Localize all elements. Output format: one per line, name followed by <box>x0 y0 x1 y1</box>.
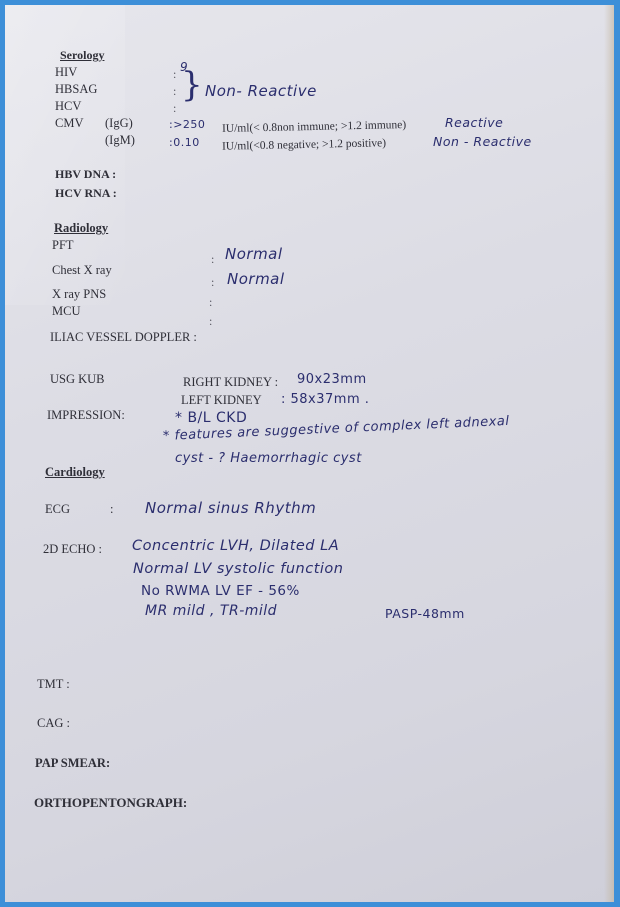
echo-line: No RWMA LV EF - 56% <box>141 583 300 599</box>
serology-heading: Serology <box>60 48 104 63</box>
xray-pns-label: X ray PNS <box>52 287 106 302</box>
iliac-doppler-label: ILIAC VESSEL DOPPLER : <box>50 330 197 345</box>
right-kidney-value: 90x23mm <box>297 372 367 387</box>
echo-line: Concentric LVH, Dilated LA <box>132 538 339 554</box>
cmv-igg-result: Reactive <box>445 115 503 130</box>
cmv-igm-label: (IgM) <box>105 133 135 148</box>
usg-kub-label: USG KUB <box>50 372 105 387</box>
impression-line: cyst - ? Haemorrhagic cyst <box>175 451 362 466</box>
hbv-dna-label: HBV DNA : <box>55 167 116 182</box>
chest-xray-result: Normal <box>227 270 285 288</box>
radiology-heading: Radiology <box>54 221 108 236</box>
pft-label: PFT <box>52 238 74 253</box>
chest-xray-label: Chest X ray <box>52 263 112 278</box>
colon: : <box>173 84 176 99</box>
echo-line: Normal LV systolic function <box>133 561 344 577</box>
cmv-label: CMV <box>55 116 83 131</box>
pap-smear-label: PAP SMEAR: <box>35 756 110 771</box>
cardiology-heading: Cardiology <box>45 465 105 480</box>
echo-line: MR mild , TR-mild <box>145 603 277 619</box>
colon: : <box>209 314 212 329</box>
colon: : <box>173 67 176 82</box>
scanned-report-page: Serology HIV HBSAG HCV : : : } 9 Non- Re… <box>5 5 614 902</box>
paper-edge-shadow <box>604 5 614 902</box>
cmv-igg-label: (IgG) <box>105 116 133 131</box>
left-kidney-label: LEFT KIDNEY <box>181 393 262 408</box>
colon: : <box>173 101 176 116</box>
cmv-igm-result: Non - Reactive <box>433 134 532 149</box>
hiv-label: HIV <box>55 65 77 80</box>
cmv-igm-value: :0.10 <box>169 136 200 149</box>
pft-result: Normal <box>225 245 283 263</box>
left-kidney-value: : 58x37mm . <box>281 392 369 407</box>
colon: : <box>209 295 212 310</box>
cmv-igg-value: :>250 <box>169 118 205 131</box>
hcv-rna-label: HCV RNA : <box>55 186 117 201</box>
impression-label: IMPRESSION: <box>47 408 125 423</box>
colon: : <box>211 252 214 267</box>
hiv-hbsag-hcv-result: Non- Reactive <box>205 82 317 100</box>
hcv-label: HCV <box>55 99 81 114</box>
cag-label: CAG : <box>37 716 70 731</box>
bracket-annotation: 9 <box>180 60 188 74</box>
orthopentongraph-label: ORTHOPENTONGRAPH: <box>34 795 187 811</box>
cmv-igm-reference: IU/ml(<0.8 negative; >1.2 positive) <box>222 137 386 152</box>
impression-line: * B/L CKD <box>175 410 247 426</box>
pasp-value: PASP-48mm <box>385 606 465 621</box>
ecg-result: Normal sinus Rhythm <box>145 499 316 517</box>
colon: : <box>211 275 214 290</box>
cmv-igg-reference: IU/ml(< 0.8non immune; >1.2 immune) <box>222 119 406 135</box>
2d-echo-label: 2D ECHO : <box>43 542 102 557</box>
colon: : <box>110 502 113 517</box>
right-kidney-label: RIGHT KIDNEY : <box>183 375 278 390</box>
hbsag-label: HBSAG <box>55 82 97 97</box>
mcu-label: MCU <box>52 304 80 319</box>
tmt-label: TMT : <box>37 677 70 692</box>
ecg-label: ECG <box>45 502 70 517</box>
